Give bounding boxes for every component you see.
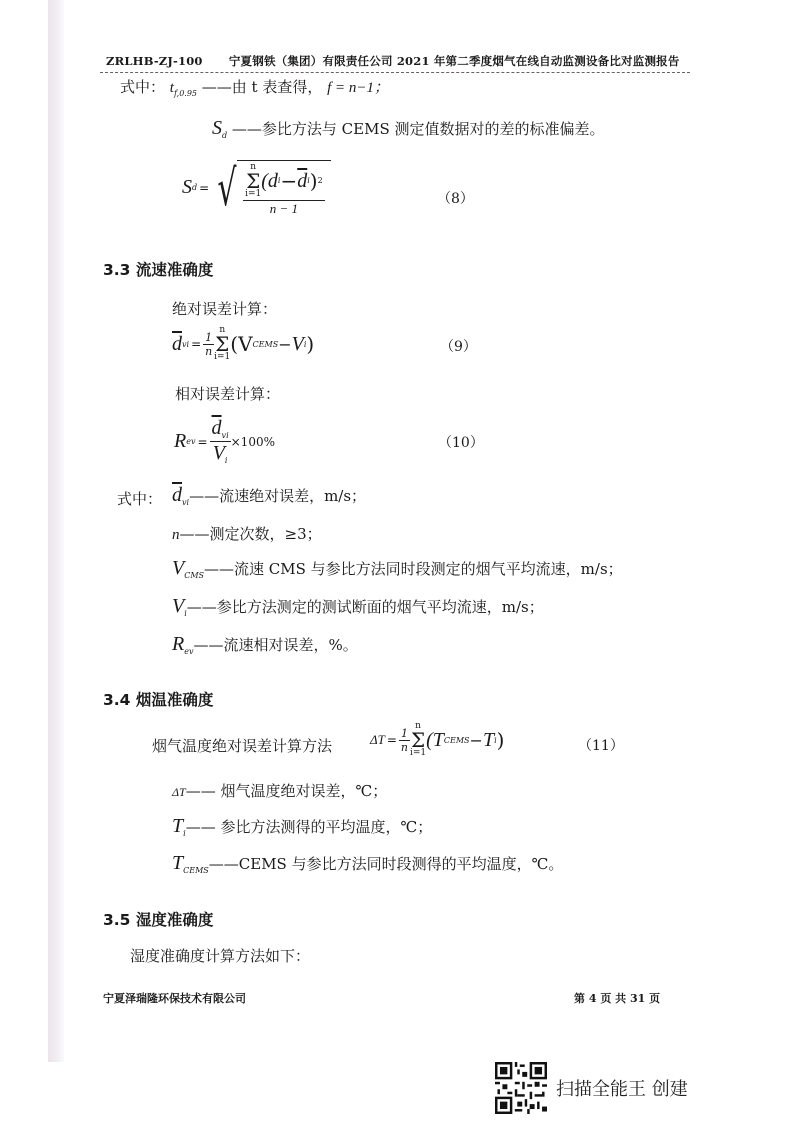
operator: − [280, 171, 297, 191]
qr-code-icon [495, 1062, 547, 1114]
definition-text: ——测定次数，≥3； [180, 525, 322, 543]
section-heading: 3.3 流速准确度 [103, 258, 213, 280]
rel-error-label: 相对误差计算： [175, 383, 280, 404]
eq-lhs-subscript: vi [182, 340, 189, 349]
frac-num: 1 [399, 728, 410, 741]
symbol: R [172, 633, 184, 655]
symbol-subscript: f,0.95 [174, 89, 197, 98]
mean-term: d [297, 171, 307, 191]
equation-number: （11） [578, 735, 624, 755]
definition-text: ——流速 CMS 与参比方法同时段测定的烟气平均流速，m/s； [204, 560, 623, 578]
term: (V [230, 332, 252, 356]
report-title: 宁夏钢铁（集团）有限责任公司 2021 年第二季度烟气在线自动监测设备比对监测报… [229, 54, 680, 68]
definition-text: ——CEMS 与参比方法同时段测得的平均温度，℃。 [209, 855, 564, 873]
scan-edge-shadow [48, 0, 64, 1062]
definition-row: TCEMS——CEMS 与参比方法同时段测得的平均温度，℃。 [172, 852, 563, 875]
section-intro: 湿度准确度计算方法如下： [130, 945, 310, 966]
equation-number: （9） [440, 336, 477, 356]
definition-text: —— 烟气温度绝对误差，℃； [186, 782, 388, 800]
symbol: V [172, 595, 184, 617]
denominator: n − 1 [270, 201, 298, 215]
t-definition: 式中： tf,0.95 ——由 t 表查得， f = n−1； [120, 76, 389, 98]
eq-lhs: S [182, 176, 192, 199]
summation-icon: Σ [215, 335, 229, 353]
definition-row: dvi——流速绝对误差，m/s； [172, 484, 366, 507]
symbol: T [172, 815, 183, 837]
exponent: 2 [318, 177, 323, 185]
definition-text: —— 参比方法测得的平均温度，℃； [186, 818, 433, 836]
scanner-watermark-label: 扫描全能王 创建 [556, 1075, 688, 1101]
term-subscript: CEMS [253, 340, 279, 349]
frac-den: n [401, 741, 408, 753]
eq-lhs: d [172, 333, 182, 356]
paren: ) [306, 332, 314, 356]
operator: − [278, 335, 291, 354]
equation-number: （8） [437, 188, 474, 208]
header-divider [100, 72, 690, 73]
eq-lhs-subscript: d [192, 183, 197, 192]
symbol: S [212, 117, 222, 139]
definition-text: ——参比方法测定的测试断面的烟气平均流速，m/s； [187, 598, 544, 616]
term: V [292, 333, 304, 356]
symbol: V [172, 557, 184, 579]
paren: ) [310, 171, 318, 191]
footer-company: 宁夏泽瑞隆环保技术有限公司 [103, 990, 246, 1006]
eq-lhs: ΔT [370, 732, 385, 748]
definition-prefix: 式中： [117, 488, 162, 509]
operator: − [470, 731, 483, 750]
frac-num: d [212, 417, 222, 439]
definition-text: ——流速绝对误差，m/s； [189, 487, 366, 505]
definition-row: ΔT—— 烟气温度绝对误差，℃； [172, 780, 387, 801]
eq-lhs: R [174, 430, 186, 453]
doc-code: ZRLHB-ZJ-100 [106, 54, 203, 68]
definition-text: ——流速相对误差，%。 [193, 636, 357, 654]
symbol-subscript: CMS [184, 571, 204, 580]
equation-9: dvi = 1n nΣi=1 (VCEMS − Vi ) [172, 326, 314, 362]
symbol: T [172, 852, 183, 874]
equation-10: Rev = dvi Vi ×100% [174, 418, 275, 465]
definition-text: ——由 t 表查得， [202, 78, 323, 96]
page-number: 第 4 页 共 31 页 [574, 990, 660, 1006]
section-heading: 3.5 湿度准确度 [103, 908, 213, 930]
symbol: ΔT [172, 785, 186, 799]
term: T [483, 729, 494, 752]
term: (T [426, 729, 444, 752]
summation-icon: Σ [411, 731, 425, 749]
multiplier: ×100% [231, 435, 275, 449]
frac-den: n [205, 345, 212, 357]
square-root: √ nΣi=1 (di − di )2 n − 1 [211, 160, 331, 215]
f-expression: f = n−1； [327, 80, 389, 96]
definition-row: Vi——参比方法测定的测试断面的烟气平均流速，m/s； [172, 595, 544, 618]
sum-lower: i=1 [214, 353, 230, 362]
frac-num: 1 [203, 332, 214, 345]
summation-icon: Σ [246, 172, 260, 190]
section-heading: 3.4 烟温准确度 [103, 688, 213, 710]
definition-row: Ti—— 参比方法测得的平均温度，℃； [172, 815, 432, 838]
term: (d [261, 171, 278, 191]
method-label: 烟气温度绝对误差计算方法 [152, 735, 332, 756]
page-header: ZRLHB-ZJ-100 宁夏钢铁（集团）有限责任公司 2021 年第二季度烟气… [106, 53, 680, 69]
sd-definition: Sd ——参比方法与 CEMS 测定值数据对的差的标准偏差。 [212, 117, 605, 140]
frac-den: V [213, 442, 225, 464]
term-subscript: CEMS [444, 736, 470, 745]
eq-lhs-subscript: ev [186, 437, 195, 446]
frac-den-sub: i [225, 456, 228, 465]
definition-row: VCMS——流速 CMS 与参比方法同时段测定的烟气平均流速，m/s； [172, 557, 623, 580]
symbol-subscript: d [222, 131, 227, 140]
frac-num-sub: vi [222, 431, 229, 440]
symbol: d [172, 484, 182, 506]
paren: ) [497, 728, 505, 752]
sum-lower: i=1 [245, 190, 261, 199]
sum-lower: i=1 [410, 749, 426, 758]
abs-error-label: 绝对误差计算： [172, 298, 277, 319]
definition-text: ——参比方法与 CEMS 测定值数据对的差的标准偏差。 [232, 120, 605, 138]
equation-11: ΔT = 1n nΣi=1 (TCEMS − Ti ) [370, 722, 504, 758]
equation-number: （10） [438, 432, 484, 452]
symbol-subscript: CEMS [183, 866, 209, 875]
definition-row: n——测定次数，≥3； [172, 523, 322, 544]
symbol: n [172, 527, 180, 543]
definition-prefix: 式中： [120, 78, 165, 96]
radical-sign-icon: √ [218, 163, 237, 213]
equation-8: Sd = √ nΣi=1 (di − di )2 n − 1 [182, 160, 331, 215]
definition-row: Rev——流速相对误差，%。 [172, 633, 358, 656]
